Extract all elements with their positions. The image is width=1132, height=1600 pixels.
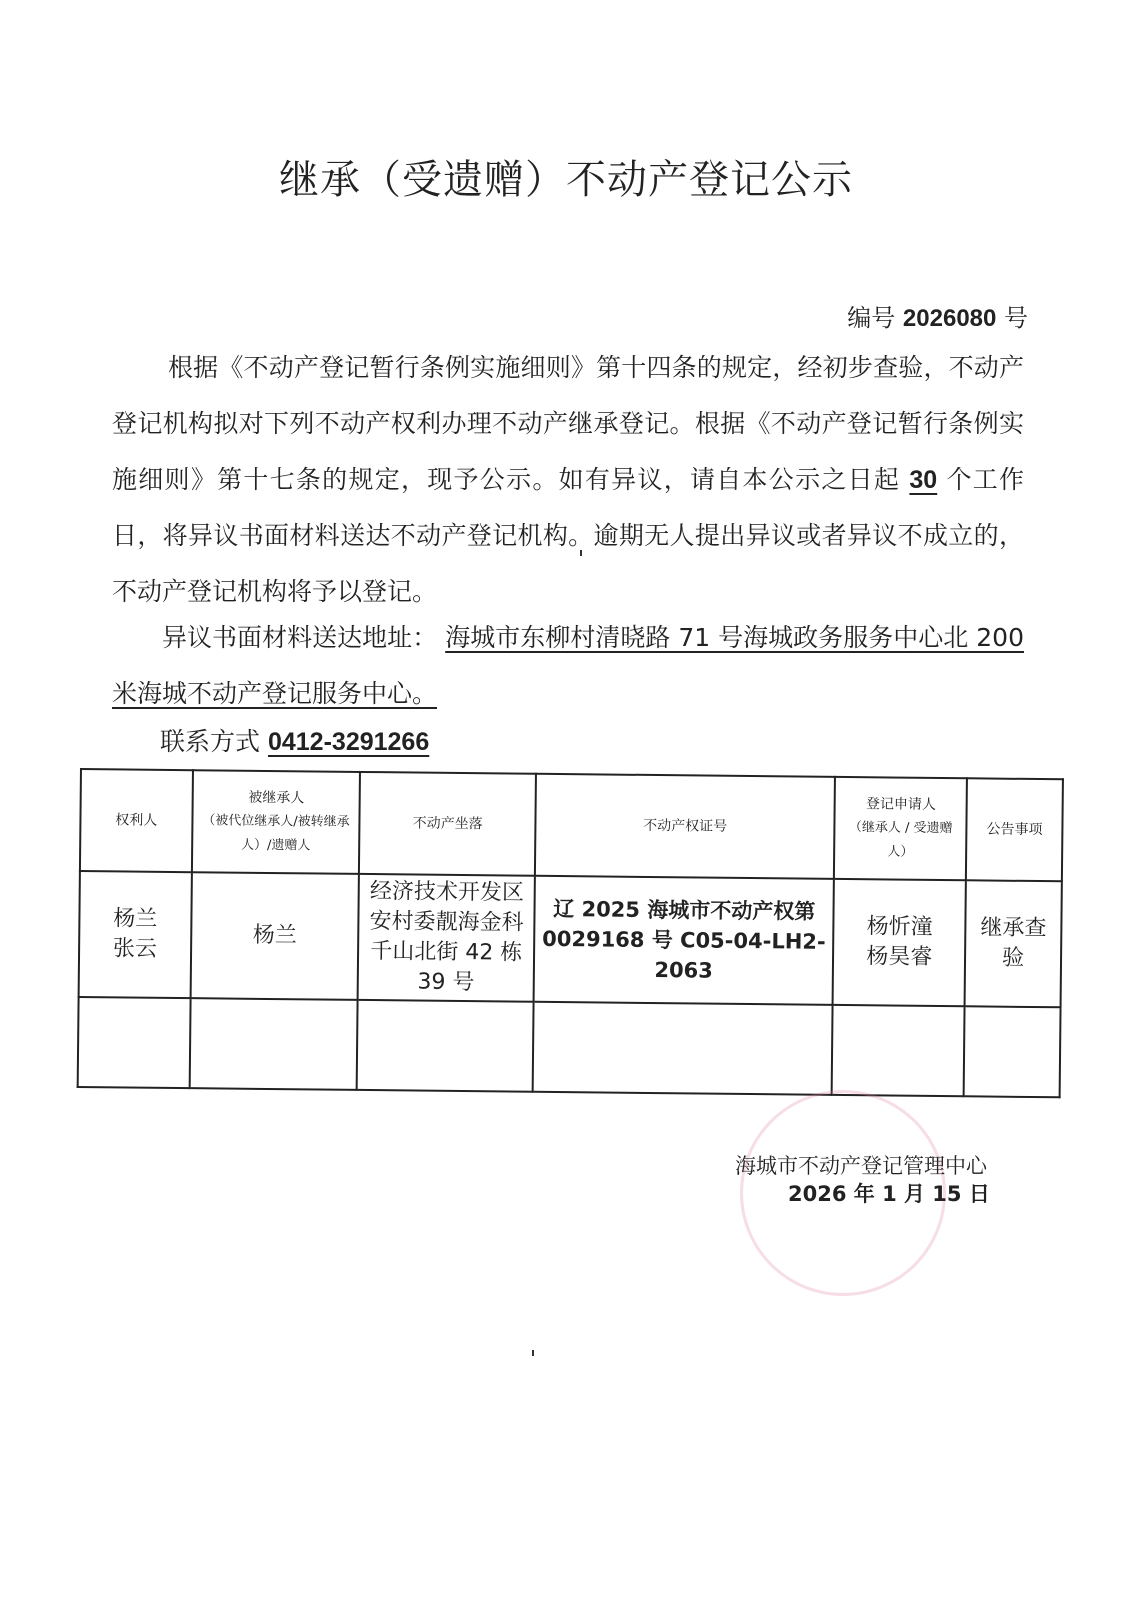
- document-title: 继承（受遗赠）不动产登记公示: [0, 148, 1132, 205]
- notice-paragraph: 根据《不动产登记暂行条例实施细则》第十四条的规定，经初步查验，不动产登记机构拟对…: [112, 340, 1024, 620]
- table-row: 杨兰 张云 杨兰 经济技术开发区安村委靓海金科千山北街 42 栋 39 号 辽 …: [79, 871, 1062, 1007]
- document-number: 编号 2026080 号: [847, 298, 1028, 333]
- cell-rights-holder: 杨兰 张云: [79, 871, 192, 998]
- doc-number-suffix: 号: [1004, 304, 1028, 332]
- scan-speck: [580, 550, 582, 556]
- cell-location: 经济技术开发区安村委靓海金科千山北街 42 栋 39 号: [358, 874, 535, 1002]
- header-certificate: 不动产权证号: [535, 774, 836, 879]
- registration-table: 权利人 被继承人 （被代位继承人/被转继承人）/遗赠人 不动产坐落 不动产权证号…: [77, 768, 1064, 1098]
- empty-cell: [832, 1005, 965, 1096]
- header-matter: 公告事项: [966, 778, 1063, 881]
- address-label: 异议书面材料送达地址：: [162, 623, 437, 652]
- scan-speck: [532, 1350, 534, 1356]
- empty-cell: [357, 1000, 534, 1092]
- contact-line: 联系方式 0412-3291266: [160, 722, 429, 758]
- header-applicant: 登记申请人 （继承人 / 受遗赠人）: [834, 777, 967, 880]
- header-location: 不动产坐落: [359, 772, 536, 876]
- address-paragraph: 异议书面材料送达地址： 海城市东柳村清晓路 71 号海城政务服务中心北 200 …: [112, 610, 1024, 722]
- empty-cell: [78, 997, 191, 1088]
- header-rights-holder: 权利人: [80, 769, 193, 872]
- empty-cell: [533, 1002, 833, 1095]
- header-decedent: 被继承人 （被代位继承人/被转继承人）/遗赠人: [192, 770, 361, 874]
- table-header-row: 权利人 被继承人 （被代位继承人/被转继承人）/遗赠人 不动产坐落 不动产权证号…: [80, 769, 1063, 881]
- doc-number-value: 2026080: [903, 305, 996, 332]
- table-row-empty: [78, 997, 1061, 1097]
- cell-certificate: 辽 2025 海城市不动产权第 0029168 号 C05-04-LH2-206…: [534, 876, 835, 1005]
- cell-matter: 继承查验: [965, 880, 1062, 1007]
- doc-number-prefix: 编号: [847, 304, 895, 332]
- contact-phone: 0412-3291266: [268, 728, 429, 756]
- notice-text-before: 根据《不动产登记暂行条例实施细则》第十四条的规定，经初步查验，不动产登记机构拟对…: [112, 353, 1024, 494]
- empty-cell: [964, 1006, 1061, 1097]
- issue-date: 2026 年 1 月 15 日: [788, 1178, 990, 1208]
- empty-cell: [189, 998, 358, 1090]
- cell-applicant: 杨忻潼 杨昊睿: [833, 879, 966, 1006]
- contact-label: 联系方式: [160, 727, 260, 756]
- objection-days: 30: [909, 466, 937, 494]
- issuing-organization: 海城市不动产登记管理中心: [735, 1150, 987, 1180]
- cell-decedent: 杨兰: [190, 872, 359, 1000]
